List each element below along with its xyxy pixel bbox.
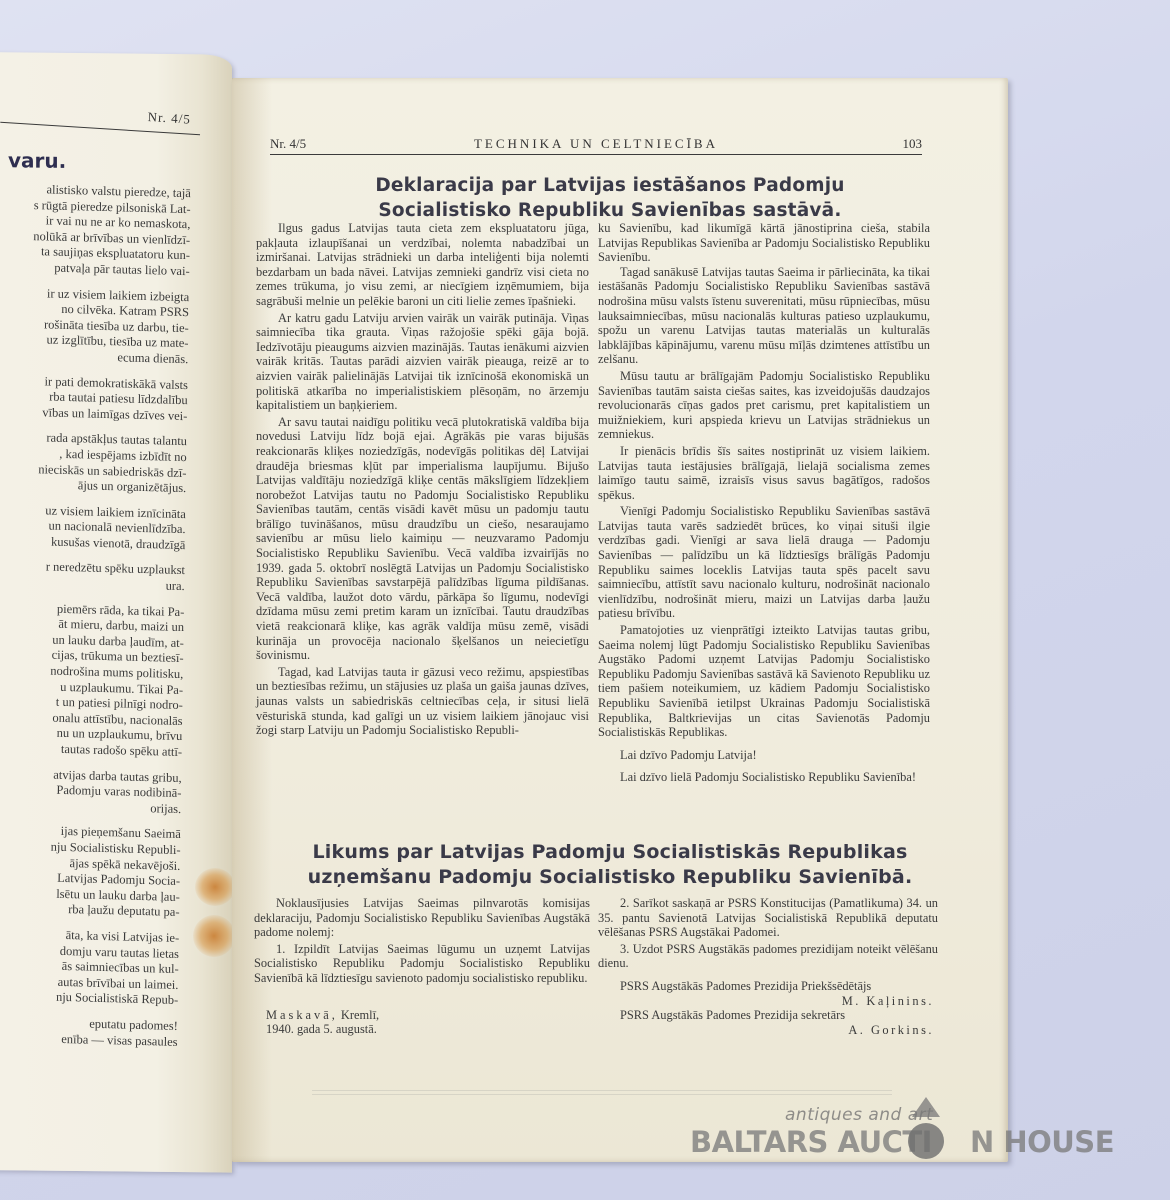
date: 1940. gada 5. augustā.: [254, 1022, 590, 1037]
left-page-title-fragment: varu.: [8, 148, 66, 173]
divider: [312, 1094, 892, 1095]
paragraph: Ilgus gadus Latvijas tauta cieta zem eks…: [256, 221, 589, 309]
paragraph: Tagad, kad Latvijas tauta ir gāzusi veco…: [256, 665, 589, 738]
declaration-title: Deklaracija par Latvijas iestāšanos Pado…: [272, 173, 948, 223]
cheer: Lai dzīvo lielā Padomju Socialistisko Re…: [598, 770, 930, 785]
watermark-brand: BALTARS AUCTIN HOUSE: [690, 1125, 1114, 1159]
stain: [195, 868, 235, 906]
paragraph: Ar katru gadu Latviju arvien vairāk un v…: [256, 311, 589, 413]
law-preamble: Noklausījusies Latvijas Saeimas pilnvaro…: [254, 896, 590, 940]
law-item-1: 1. Izpildīt Latvijas Saeimas lūgumu un u…: [254, 942, 590, 986]
logo-circle-icon: [908, 1123, 944, 1159]
cheer: Lai dzīvo Padomju Latvija!: [598, 748, 930, 763]
page-number: 103: [903, 136, 923, 152]
signature-title: PSRS Augstākās Padomes Prezidija sekretā…: [598, 1008, 938, 1023]
paragraph: Tagad sanākusē Latvijas tautas Saeima ir…: [598, 265, 930, 367]
paragraph: ku Savienību, kad likumīgā kārtā jānosti…: [598, 221, 930, 265]
left-page: Nr. 4/5 varu. alistisko valstu pieredze,…: [0, 52, 232, 1173]
paragraph: Ir pienācis brīdis šīs saites nostiprinā…: [598, 444, 930, 502]
right-page: Nr. 4/5 TECHNIKA UN CELTNIECĪBA 103 Dekl…: [232, 78, 1008, 1162]
stain: [193, 915, 235, 957]
paragraph: Ar savu tautai naidīgu politiku vecā plu…: [256, 415, 589, 663]
law-column-1: Noklausījusies Latvijas Saeimas pilnvaro…: [254, 896, 590, 1037]
paragraph: Pamatojoties uz vienprātīgi izteikto Lat…: [598, 623, 930, 740]
law-item-3: 3. Uzdot PSRS Augstākās padomes prezidij…: [598, 942, 938, 971]
place: Maskavā, Kremlī,: [254, 1008, 590, 1023]
page-header: Nr. 4/5 TECHNIKA UN CELTNIECĪBA 103: [270, 136, 922, 155]
left-page-text: alistisko valstu pieredze, tajās rūgtā p…: [0, 181, 191, 1050]
law-column-2: 2. Sarīkot saskaņā ar PSRS Konstitucijas…: [598, 896, 938, 1037]
crown-icon: [912, 1097, 940, 1117]
divider: [312, 1090, 892, 1091]
watermark: antiques and art BALTARS AUCTIN HOUSE: [690, 1105, 1110, 1175]
journal-title: TECHNIKA UN CELTNIECĪBA: [270, 136, 922, 152]
left-page-header: Nr. 4/5: [0, 102, 201, 136]
declaration-column-1: Ilgus gadus Latvijas tauta cieta zem eks…: [256, 221, 589, 738]
paragraph: Vienīgi Padomju Socialistisko Republiku …: [598, 504, 930, 621]
law-title: Likums par Latvijas Padomju Socialistisk…: [252, 840, 968, 890]
signature-name: A. Gorkins.: [598, 1023, 938, 1038]
signature-name: M. Kaļinins.: [598, 994, 938, 1009]
paragraph: Mūsu tautu ar brālīgajām Padomju Sociali…: [598, 369, 930, 442]
declaration-column-2: ku Savienību, kad likumīgā kārtā jānosti…: [598, 221, 930, 785]
law-item-2: 2. Sarīkot saskaņā ar PSRS Konstitucijas…: [598, 896, 938, 940]
signature-title: PSRS Augstākās Padomes Prezidija Priekšs…: [598, 979, 938, 994]
left-page-issue: Nr. 4/5: [147, 109, 191, 128]
